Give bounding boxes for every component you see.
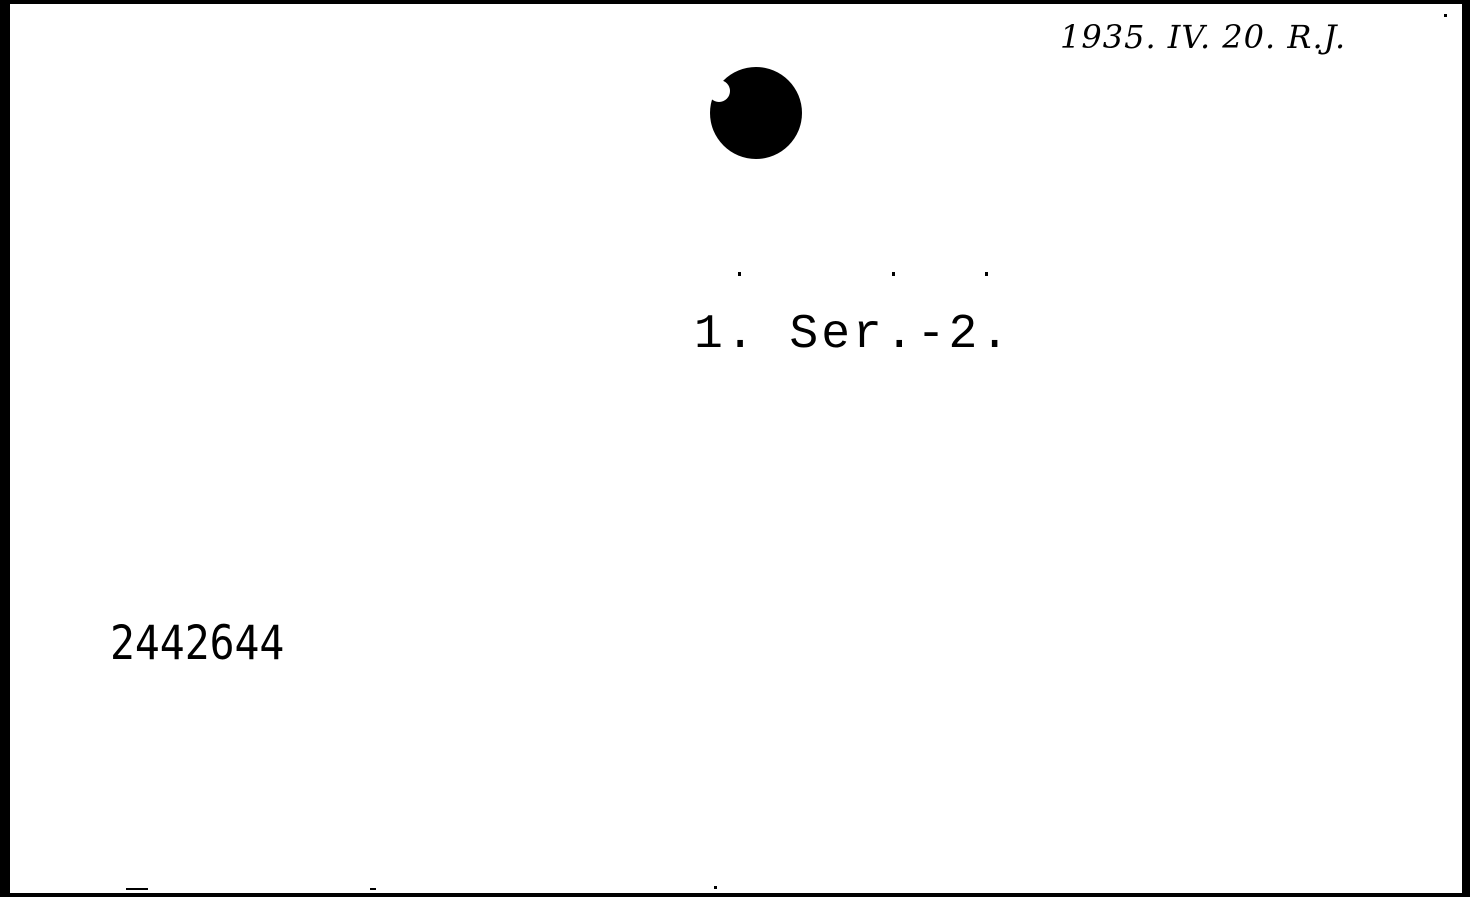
card-number: 2442644 [110,616,284,671]
scan-border-bottom [0,893,1470,897]
registration-dot [738,272,741,276]
registration-dot [892,272,895,276]
scan-speck [714,886,717,889]
punch-hole-notch [708,80,730,102]
scan-speck [126,888,148,890]
handwritten-date-annotation: 1935. IV. 20. R.J. [1060,18,1346,56]
registration-dot [985,272,988,276]
scan-speck [1444,14,1447,17]
scan-speck [370,888,376,890]
index-card: 1935. IV. 20. R.J. 1. Ser.-2. 2442644 [4,4,1465,894]
card-heading: 1. Ser.-2. [694,308,1012,362]
scan-border-left [0,0,10,897]
